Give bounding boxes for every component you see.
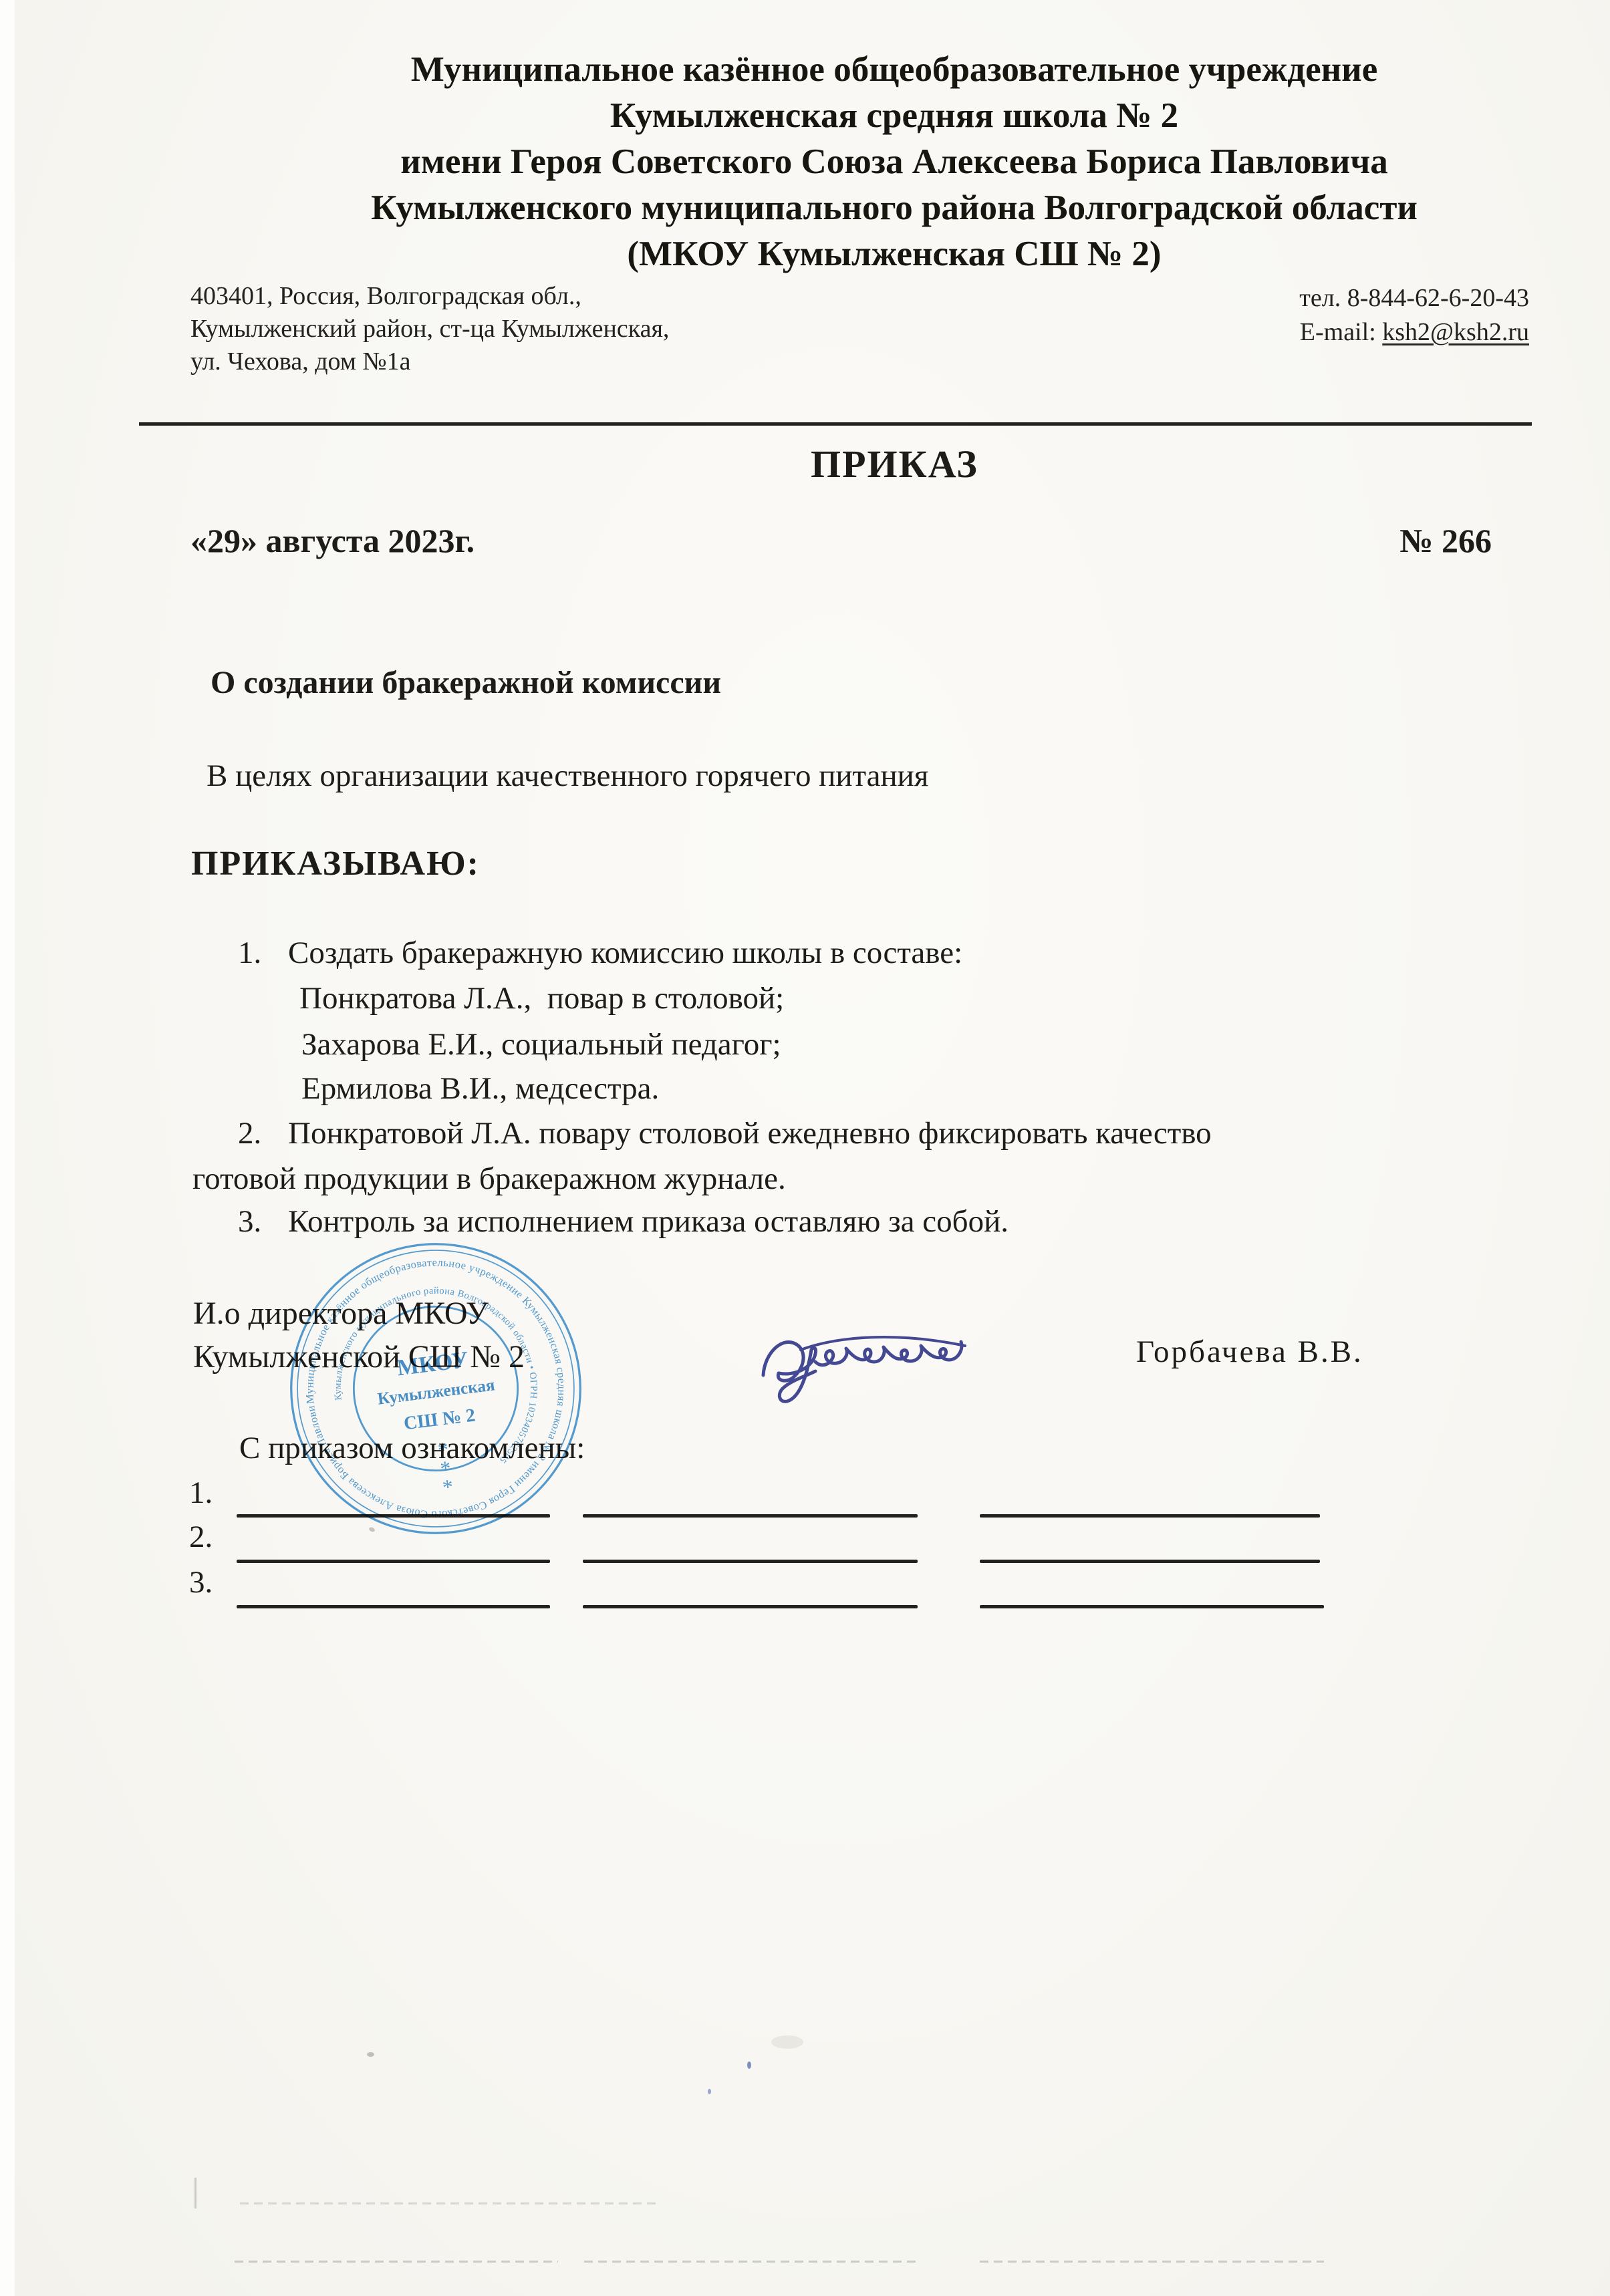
acknowledgement-row-number: 1. bbox=[189, 1475, 213, 1511]
order-title: ПРИКАЗ bbox=[811, 442, 978, 487]
address-line-2: Кумылженский район, ст-ца Кумылженская, bbox=[190, 313, 669, 345]
signature-line bbox=[583, 1514, 918, 1518]
email-row: E-mail: ksh2@ksh2.ru bbox=[1299, 315, 1529, 349]
header-divider bbox=[139, 422, 1532, 426]
letterhead-line-1: Муниципальное казённое общеобразовательн… bbox=[253, 47, 1536, 93]
address-line-3: ул. Чехова, дом №1а bbox=[190, 345, 669, 378]
decree-heading: ПРИКАЗЫВАЮ: bbox=[191, 844, 480, 884]
letterhead-line-3: имени Героя Советского Союза Алексеева Б… bbox=[253, 139, 1536, 185]
signature-stroke bbox=[763, 1342, 962, 1401]
stamp-star-icon: * bbox=[441, 1475, 454, 1499]
order-item-text: Захарова Е.И., социальный педагог; bbox=[301, 1026, 781, 1062]
email-label: E-mail: bbox=[1300, 318, 1382, 346]
order-item-text: готовой продукции в бракеражном журнале. bbox=[192, 1161, 786, 1197]
ink-speck bbox=[747, 2061, 751, 2069]
signature-line bbox=[583, 1605, 918, 1608]
scan-artifact-mark bbox=[194, 2178, 196, 2208]
acknowledgement-row-number: 3. bbox=[189, 1564, 213, 1600]
dust-speck bbox=[367, 2052, 374, 2057]
letterhead-line-2: Кумылженская средняя школа № 2 bbox=[253, 93, 1536, 139]
signature-line bbox=[980, 1514, 1320, 1518]
letterhead-line-5: (МКОУ Кумылженская СШ № 2) bbox=[253, 231, 1536, 277]
address-line-1: 403401, Россия, Волгоградская обл., bbox=[190, 280, 669, 313]
stamp-center-line-1: МКОУ bbox=[396, 1347, 470, 1381]
handwritten-signature bbox=[754, 1323, 981, 1403]
order-number: № 266 bbox=[1399, 522, 1492, 561]
scanned-order-document: Муниципальное казённое общеобразовательн… bbox=[0, 0, 1610, 2296]
order-date: «29» августа 2023г. bbox=[190, 522, 475, 561]
scan-artifact-line bbox=[584, 2261, 918, 2263]
school-stamp: Муниципальное казённое общеобразовательн… bbox=[278, 1242, 593, 1536]
letterhead: Муниципальное казённое общеобразовательн… bbox=[253, 47, 1536, 277]
signature-line bbox=[980, 1560, 1320, 1563]
signer-name: Горбачева В.В. bbox=[1136, 1334, 1363, 1370]
order-item-text: Контроль за исполнением приказа оставляю… bbox=[288, 1203, 1009, 1240]
scan-artifact-line bbox=[980, 2261, 1324, 2263]
scanner-edge bbox=[0, 0, 15, 2296]
contact-block: тел. 8-844-62-6-20-43 E-mail: ksh2@ksh2.… bbox=[1299, 281, 1529, 349]
scan-artifact-line bbox=[235, 2261, 558, 2263]
order-item-number: 2. bbox=[238, 1115, 261, 1151]
order-item-text: Создать бракеражную комиссию школы в сос… bbox=[288, 935, 962, 971]
letterhead-line-4: Кумылженского муниципального района Волг… bbox=[253, 185, 1536, 231]
scan-artifact-line bbox=[240, 2202, 661, 2204]
signature-line bbox=[583, 1560, 918, 1563]
order-item-text: Понкратовой Л.А. повару столовой ежеднев… bbox=[288, 1115, 1212, 1151]
signature-line bbox=[237, 1560, 550, 1563]
acknowledgement-row-number: 2. bbox=[189, 1519, 213, 1555]
signature-line bbox=[237, 1605, 550, 1608]
order-preamble: В целях организации качественного горяче… bbox=[207, 758, 928, 794]
email-link: ksh2@ksh2.ru bbox=[1382, 318, 1529, 346]
order-item-text: Понкратова Л.А., повар в столовой; bbox=[299, 980, 784, 1016]
signature-line bbox=[980, 1605, 1324, 1608]
order-item-text: Ермилова В.И., медсестра. bbox=[301, 1070, 659, 1107]
stamp-center-line-2: Кумылженская bbox=[376, 1375, 496, 1408]
ink-speck bbox=[708, 2089, 711, 2094]
phone-text: тел. 8-844-62-6-20-43 bbox=[1299, 281, 1529, 315]
stamp-center-line-3: СШ № 2 bbox=[403, 1405, 477, 1434]
order-item-number: 1. bbox=[238, 935, 261, 971]
scan-artifact-smudge bbox=[771, 2035, 803, 2049]
order-subject: О создании бракеражной комиссии bbox=[211, 664, 721, 701]
address-block: 403401, Россия, Волгоградская обл., Кумы… bbox=[190, 280, 669, 378]
order-item-number: 3. bbox=[238, 1203, 261, 1240]
